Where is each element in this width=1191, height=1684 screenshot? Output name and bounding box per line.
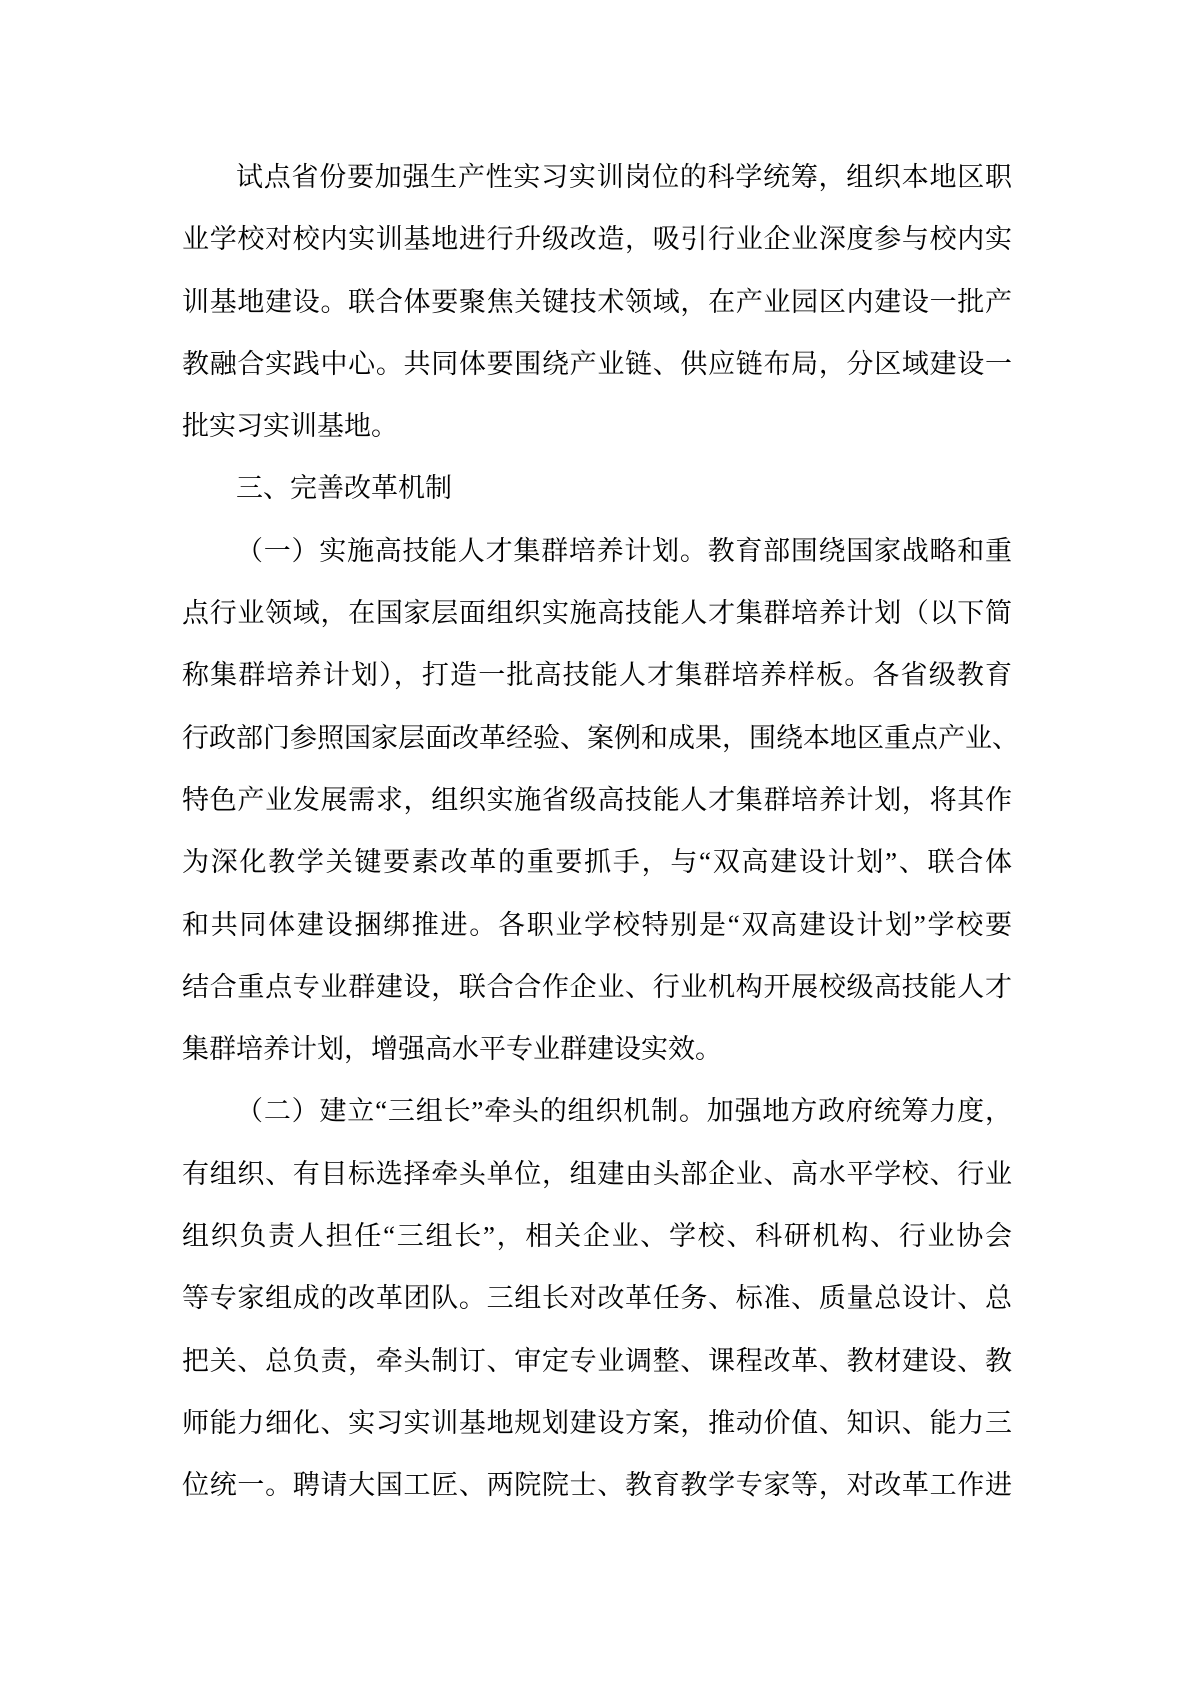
text-line: 教融合实践中心。共同体要围绕产业链、供应链布局，分区域建设一 (182, 333, 1012, 395)
text-line: （一）实施高技能人才集群培养计划。教育部围绕国家战略和重 (182, 520, 1012, 582)
text-line: 把关、总负责，牵头制订、审定专业调整、课程改革、教材建设、教 (182, 1330, 1012, 1392)
body-paragraph: 试点省份要加强生产性实习实训岗位的科学统筹，组织本地区职业学校对校内实训基地进行… (182, 146, 1012, 457)
text-line: 特色产业发展需求，组织实施省级高技能人才集群培养计划，将其作 (182, 769, 1012, 831)
text-line: 和共同体建设捆绑推进。各职业学校特别是“双高建设计划”学校要 (182, 894, 1012, 956)
text-line: 师能力细化、实习实训基地规划建设方案，推动价值、知识、能力三 (182, 1392, 1012, 1454)
text-line: （二）建立“三组长”牵头的组织机制。加强地方政府统筹力度， (182, 1080, 1012, 1142)
text-line: 称集群培养计划），打造一批高技能人才集群培养样板。各省级教育 (182, 644, 1012, 706)
text-line: 点行业领域，在国家层面组织实施高技能人才集群培养计划（以下简 (182, 582, 1012, 644)
text-line: 组织负责人担任“三组长”，相关企业、学校、科研机构、行业协会 (182, 1205, 1012, 1267)
section-heading: 三、完善改革机制 (182, 457, 1012, 519)
document-body: 试点省份要加强生产性实习实训岗位的科学统筹，组织本地区职业学校对校内实训基地进行… (182, 146, 1012, 1517)
text-line: 业学校对校内实训基地进行升级改造，吸引行业企业深度参与校内实 (182, 208, 1012, 270)
text-line: 行政部门参照国家层面改革经验、案例和成果，围绕本地区重点产业、 (182, 707, 1012, 769)
text-line: 等专家组成的改革团队。三组长对改革任务、标准、质量总设计、总 (182, 1267, 1012, 1329)
body-paragraph: （一）实施高技能人才集群培养计划。教育部围绕国家战略和重点行业领域，在国家层面组… (182, 520, 1012, 1081)
document-page: 试点省份要加强生产性实习实训岗位的科学统筹，组织本地区职业学校对校内实训基地进行… (0, 0, 1191, 1684)
text-line: 三、完善改革机制 (182, 457, 1012, 519)
text-line: 结合重点专业群建设，联合合作企业、行业机构开展校级高技能人才 (182, 956, 1012, 1018)
text-line: 有组织、有目标选择牵头单位，组建由头部企业、高水平学校、行业 (182, 1143, 1012, 1205)
text-line: 训基地建设。联合体要聚焦关键技术领域，在产业园区内建设一批产 (182, 271, 1012, 333)
text-line: 位统一。聘请大国工匠、两院院士、教育教学专家等，对改革工作进 (182, 1454, 1012, 1516)
body-paragraph: （二）建立“三组长”牵头的组织机制。加强地方政府统筹力度，有组织、有目标选择牵头… (182, 1080, 1012, 1516)
text-line: 为深化教学关键要素改革的重要抓手，与“双高建设计划”、联合体 (182, 831, 1012, 893)
text-line: 试点省份要加强生产性实习实训岗位的科学统筹，组织本地区职 (182, 146, 1012, 208)
text-line: 批实习实训基地。 (182, 395, 1012, 457)
text-line: 集群培养计划，增强高水平专业群建设实效。 (182, 1018, 1012, 1080)
